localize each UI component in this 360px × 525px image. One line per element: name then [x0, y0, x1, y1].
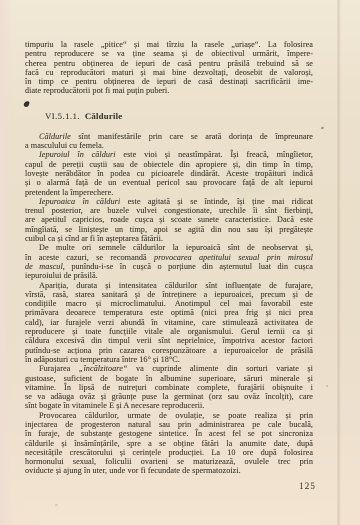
text-line: mîngîiată, se liniștește un timp, apoi s… — [25, 225, 313, 234]
text-line: injectarea de progesteron natural sau pr… — [25, 420, 313, 429]
paragraph: De multe ori semnele căldurilor la iepur… — [25, 243, 313, 280]
paragraph: Iepuroaica în călduri este agitată și se… — [25, 197, 313, 243]
text-line: facă cu reproducători maturi și mai bine… — [25, 68, 313, 77]
text-line: primăvara deoarece temperatura este opti… — [25, 308, 313, 317]
text-block: timpuriu la rasele „pitice“ și mai tîrzi… — [25, 40, 313, 476]
text-line: trenul posterior, are buzele vulvei cong… — [25, 206, 313, 215]
text-line: oviducte și ajung în uter, unde vor fi f… — [25, 466, 313, 475]
text-line: Furajarea „încălzitoare“ va cuprinde ali… — [25, 364, 313, 373]
section-heading: VI.5.1.1.Căldurile — [45, 111, 313, 121]
text-line: a masculului cu femela. — [25, 141, 313, 150]
text-line: reproducere și toate funcțiile vitale al… — [25, 327, 313, 336]
text-line: Iepuroiul în călduri este vioi și neastî… — [25, 150, 313, 159]
section-number: VI.5.1.1. — [45, 111, 80, 121]
footnote-mark — [24, 101, 313, 108]
page-number: 125 — [299, 481, 316, 491]
text-line: timpuriu la rasele „pitice“ și mai tîrzi… — [25, 40, 313, 49]
paragraph: Iepuroiul în călduri este vioi și neastî… — [25, 150, 313, 196]
text-line: sînt bogate în vitaminele E și A necesar… — [25, 401, 313, 410]
text-line: pretendent la împerechere. — [25, 188, 313, 197]
text-line: de mascul, punîndu-i-se în cușcă o porți… — [25, 262, 313, 271]
ink-speck — [326, 385, 328, 387]
book-page: timpuriu la rasele „pitice“ și mai tîrzi… — [0, 0, 360, 525]
text-line: cuibul ca și cînd ar fi în așteptarea fă… — [25, 234, 313, 243]
text-line: în aceste cazuri, se recomandă provocare… — [25, 253, 313, 262]
ink-speck — [321, 127, 325, 130]
text-line: diate reproducătorii pot fi mai puțin pu… — [25, 86, 313, 95]
text-line: condițiile macro și microclimatului. Ano… — [25, 299, 313, 308]
paragraph: Căldurile sînt manifestările prin care s… — [25, 132, 313, 151]
text-line: De multe ori semnele căldurilor la iepur… — [25, 243, 313, 252]
text-line: Căldurile sînt manifestările prin care s… — [25, 132, 313, 141]
text-line: lovește nerăbdător în podea cu picioarel… — [25, 169, 313, 178]
text-line: căldura excesivă din timpul verii sînt n… — [25, 336, 313, 345]
text-line: și o alarmă față de un eventual pericol … — [25, 178, 313, 187]
text-line: se va adăuga ovăz și grăunțe puse la ger… — [25, 392, 313, 401]
text-line: putîndu-se acționa prin cazarea corespun… — [25, 346, 313, 355]
text-line: în adăposturi cu temperatura între 16° ș… — [25, 355, 313, 364]
text-line: Apariția, durata și intensitatea călduri… — [25, 281, 313, 290]
text-line: gustoase, suficient de bogate în albumin… — [25, 374, 313, 383]
text-line: vîrstă, rasă, starea sanitară și de într… — [25, 290, 313, 299]
paragraph: timpuriu la rasele „pitice“ și mai tîrzi… — [25, 40, 313, 96]
text-line: Iepuroaica în călduri este agitată și se… — [25, 197, 313, 206]
text-line: cald), iar furajele verzi abundă în vita… — [25, 318, 313, 327]
text-line: are apetitul capricios, roade cușca și s… — [25, 215, 313, 224]
paragraph: Provocarea căldurilor, urmate de ovulați… — [25, 411, 313, 476]
text-line: căldurile și însămînțările, spre a se ob… — [25, 439, 313, 448]
text-line: cherea pentru obținerea de iepuri de cas… — [25, 59, 313, 68]
text-line: vitamine. În lipsă de nutrețuri combinat… — [25, 383, 313, 392]
paragraph: Furajarea „încălzitoare“ va cuprinde ali… — [25, 364, 313, 410]
text-line: Provocarea căldurilor, urmate de ovulați… — [25, 411, 313, 420]
text-line: pentru reproducere se va ține seama și d… — [25, 49, 313, 58]
paragraph: Apariția, durata și intensitatea călduri… — [25, 281, 313, 365]
section-title: Căldurile — [85, 111, 122, 121]
text-line: capul de pereții cuștii sau de obiectele… — [25, 160, 313, 169]
text-line: hormonului sexual, foliculii ovarieni se… — [25, 457, 313, 466]
text-line: în furaje, de substanțe gestogene sintet… — [25, 429, 313, 438]
ink-speck — [55, 504, 58, 506]
text-line: în timp ce pentru obținerea de iepuri de… — [25, 77, 313, 86]
text-line: necesitățile crescătorului și cerințele … — [25, 448, 313, 457]
text-line: iepuroiului de prăsilă. — [25, 271, 313, 280]
